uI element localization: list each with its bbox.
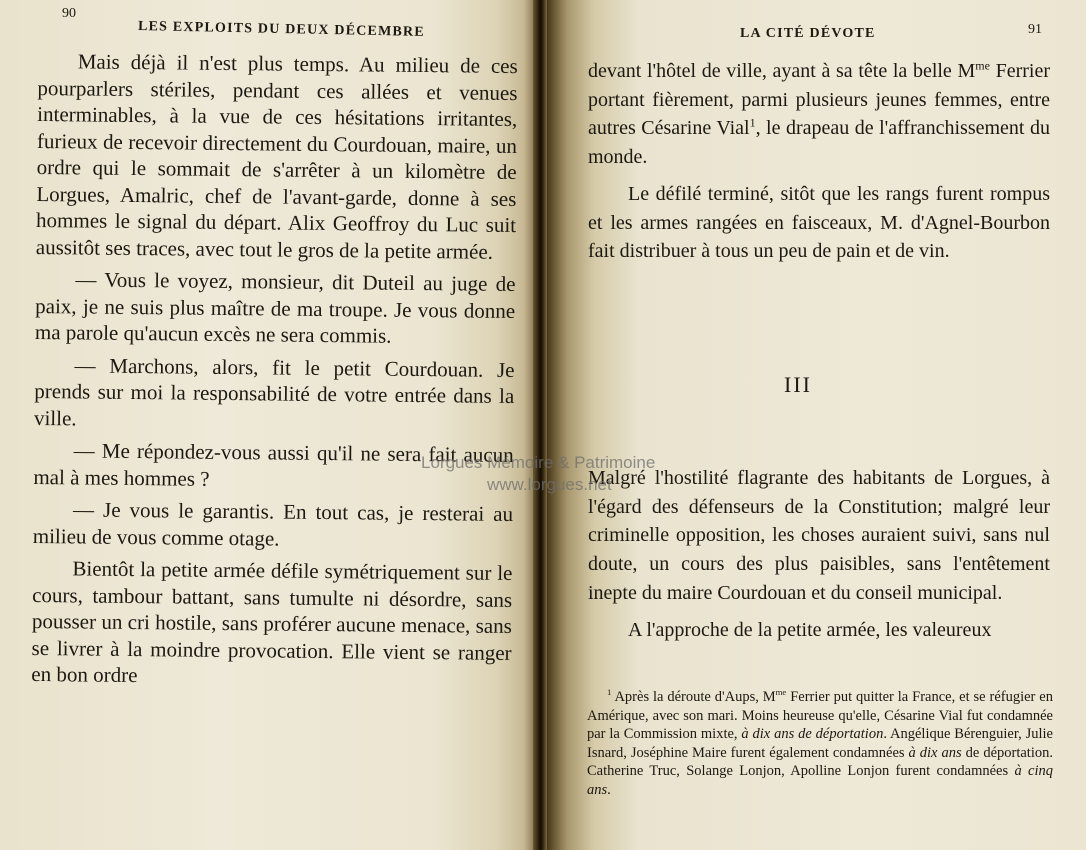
- paragraph: Le défilé terminé, sitôt que les rangs f…: [588, 180, 1050, 266]
- right-page-body-section: Malgré l'hostilité flagrante des habitan…: [588, 464, 1050, 652]
- running-head-right: LA CITÉ DÉVOTE: [740, 26, 876, 42]
- running-head-left: LES EXPLOITS DU DEUX DÉCEMBRE: [138, 19, 425, 41]
- section-heading: III: [784, 372, 812, 398]
- right-page: LA CITÉ DÉVOTE 91 devant l'hôtel de vill…: [540, 0, 1086, 850]
- paragraph: — Vous le voyez, monsieur, dit Duteil au…: [35, 266, 516, 351]
- page-number-right: 91: [1028, 22, 1042, 38]
- book-spread: 90 LES EXPLOITS DU DEUX DÉCEMBRE Mais dé…: [0, 0, 1086, 850]
- left-page-body: Mais déjà il n'est plus temps. Au milieu…: [31, 40, 518, 698]
- right-page-body: devant l'hôtel de ville, ayant à sa tête…: [588, 57, 1050, 274]
- footnote: 1 Après la déroute d'Aups, Mme Ferrier p…: [587, 688, 1053, 800]
- continued-paragraph: devant l'hôtel de ville, ayant à sa tête…: [588, 57, 1050, 172]
- paragraph: — Je vous le garantis. En tout cas, je r…: [33, 496, 514, 554]
- paragraph: Malgré l'hostilité flagrante des habitan…: [588, 464, 1050, 608]
- superscript: me: [975, 58, 990, 72]
- watermark-url: www.lorgues.net: [421, 474, 655, 496]
- left-page: 90 LES EXPLOITS DU DEUX DÉCEMBRE Mais dé…: [0, 0, 540, 850]
- watermark: Lorgues Mémoire & Patrimoine www.lorgues…: [421, 452, 655, 496]
- paragraph: A l'approche de la petite armée, les val…: [588, 616, 1050, 645]
- paragraph: Mais déjà il n'est plus temps. Au milieu…: [36, 48, 518, 265]
- book-gutter: [533, 0, 547, 850]
- page-number-left: 90: [62, 6, 76, 22]
- watermark-title: Lorgues Mémoire & Patrimoine: [421, 453, 655, 472]
- paragraph: — Marchons, alors, fit le petit Courdoua…: [34, 351, 515, 436]
- paragraph: Bientôt la petite armée défile symétriqu…: [31, 555, 512, 693]
